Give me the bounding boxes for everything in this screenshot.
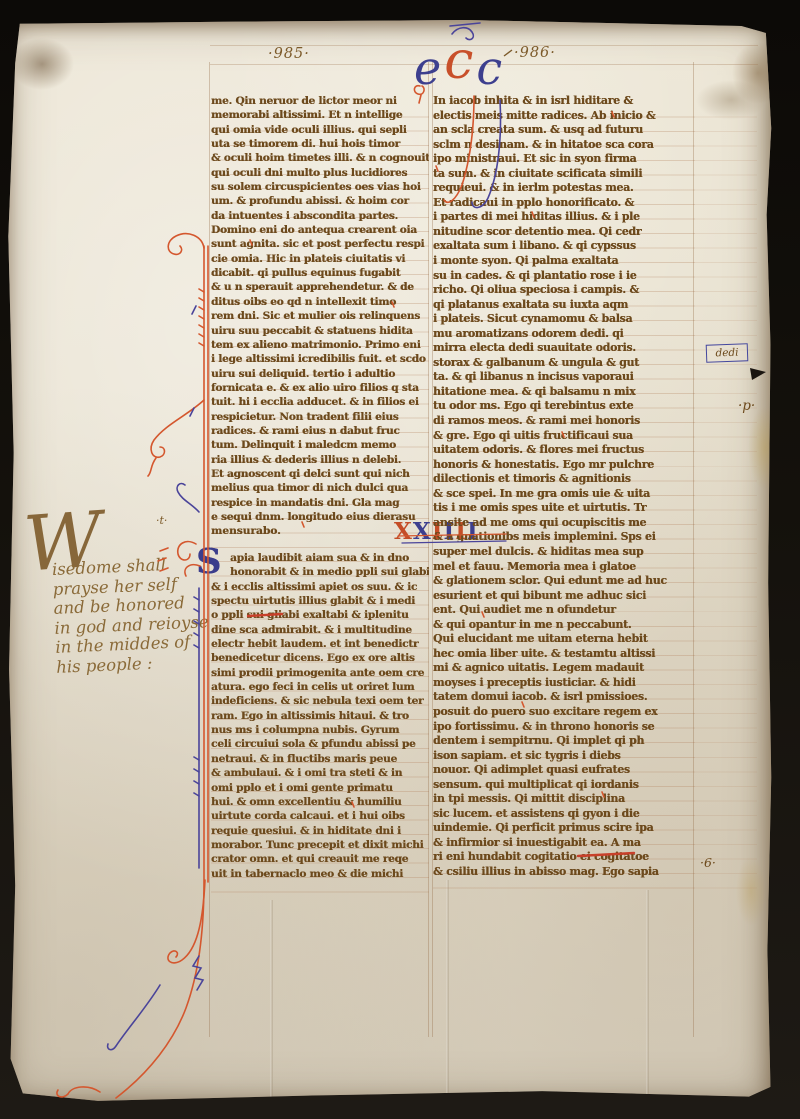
dedi-annotation: dedi [706,343,749,362]
text-line: honoris & honestatis. Ego mr pulchre [433,458,695,473]
text-line: & a gnationibs meis implemini. Sps ei [433,530,695,545]
text-line: crator omn. et qui creauit me reqe [211,852,429,866]
text-line: electr hebit laudem. et int benedictr [211,637,429,651]
text-line: ri eni hundabit cogitatio ei cogitatoe [433,850,695,865]
text-line: tuit. hi i ecclia adducet. & in filios e… [211,395,429,409]
text-line: ent. Qui audiet me n ofundetur [433,603,695,618]
text-line: sic lucem. et assistens qi gyon i die [433,807,695,822]
text-line: tis i me omis spes uite et uirtutis. Tr [433,501,695,516]
text-line: storax & galbanum & ungula & gut [433,356,695,371]
text-line: hitatione mea. & qi balsamu n mix [433,385,695,400]
text-line: & oculi hoim timetes illi. & n cognouit [211,151,429,165]
text-line: respicietur. Non tradent filii eius [211,410,429,424]
manuscript-photo: ·985· ecc ·986· me. Qin neruor de lictor… [0,0,800,1119]
text-line: & u n sperauit apprehendetur. & de [211,280,429,294]
text-line: richo. Qi oliua speciosa i campis. & [433,283,695,298]
crease [270,900,273,1100]
text-line: atura. ego feci in celis ut oriret lum [211,680,429,694]
text-line: netraui. & in fluctibs maris peue [211,752,429,766]
text-line: morabor. Tunc precepit et dixit michi [211,838,429,852]
text-line: & infirmior si inuestigabit ea. A ma [433,836,695,851]
colored-letter: X [413,518,432,545]
text-line: hec omia liber uite. & testamtu altissi [433,647,695,662]
page-number-left: ·985· [268,46,310,62]
text-line: uiru suu peccabit & statuens hidita [211,324,429,338]
text-line: uindemie. Qi perficit primus scire ipa [433,821,695,836]
text-line: spectu uirtutis illius glabit & i medi [211,594,429,608]
page-number-right: ·986· [514,45,556,61]
text-line: sensum. qui multiplicat qi iordanis [433,778,695,793]
stain [736,856,766,926]
text-line: i lege altissimi icredibilis fuit. et sc… [211,352,429,366]
text-line: omi pplo et i omi gente primatu [211,781,429,795]
text-line: melius qua timor di nich dulci qua [211,481,429,495]
text-line: nus ms i columpna nubis. Gyrum [211,723,429,737]
text-line: qui oculi dni multo plus lucidiores [211,166,429,180]
text-line: exaltata sum i libano. & qi cypssus [433,239,695,254]
text-line: fornicata e. & ex alio uiro filios q sta [211,381,429,395]
text-line: ipo ministraui. Et sic in syon firma [433,152,695,167]
crease [446,880,449,1100]
text-line: tum. Delinquit i maledcm memo [211,438,429,452]
text-line: ram. Ego in altissimis hitaui. & tro [211,709,429,723]
text-line: in tpi messis. Qi mittit disciplina [433,792,695,807]
text-line: an scla creata sum. & usq ad futuru [433,123,695,138]
text-line: ria illius & dederis illius n delebi. [211,453,429,467]
text-line: sclm n desinam. & in hitatoe sca cora [433,138,695,153]
text-line: celi circuiui sola & pfundu abissi pe [211,737,429,751]
text-line: esurient et qui bibunt me adhuc sici [433,589,695,604]
text-line: o ppli sui gliabi exaltabi & iplenitu [211,608,429,622]
text-line: tatem domui iacob. & isrl pmissioes. [433,690,695,705]
text-column-left-block1: me. Qin neruor de lictor meor nimemorabi… [211,94,429,524]
colored-letter: e [414,41,444,95]
text-line: di ramos meos. & rami mei honoris [433,414,695,429]
text-line: ansite ad me oms qui ocupiscitis me [433,516,695,531]
stain [10,38,74,90]
english-marginal-note: isedome shallprayse her selfand be honor… [52,552,237,677]
text-line: mel et fauu. Memoria mea i glatoe [433,560,695,575]
text-line: indeficiens. & sic nebula texi oem ter [211,694,429,708]
text-line: me. Qin neruor de lictor meor ni [211,94,429,108]
text-line: simi prodii primogenita ante oem cre [211,666,429,680]
text-line: Domino eni do antequa crearent oia [211,223,429,237]
text-line: Et agnoscent qi delci sunt qui nich [211,467,429,481]
stain [696,80,766,120]
text-line: rem dni. Sic et mulier ois relinquens [211,309,429,323]
text-line: da intuentes i abscondita partes. [211,209,429,223]
text-column-right: In iacob inhita & in isrl hiditare &elec… [433,94,695,880]
running-title-ecclesiasticus: ecc [414,26,505,103]
text-line: & sce spei. In me gra omis uie & uita [433,487,695,502]
text-line: super mel dulcis. & hiditas mea sup [433,545,695,560]
stain [732,42,784,104]
text-line: In iacob inhita & in isrl hiditare & [433,94,695,109]
text-line: memorabi altissimi. Et n intellige [211,108,429,122]
stain [748,406,782,490]
text-line: tu odor ms. Ego qi terebintus exte [433,399,695,414]
text-line: dine sca admirabit. & i multitudine [211,623,429,637]
text-line: moyses i preceptis iusticiar. & hidi [433,676,695,691]
text-line: su solem circuspicientes oes vias hoi [211,180,429,194]
text-line: ta. & qi libanus n incisus vaporaui [433,370,695,385]
p-annotation-mark: ·p· [738,398,755,414]
text-line: & i ecclis altissimi apiet os suu. & ic [211,580,429,594]
text-line: respice in mandatis dni. Gla mag [211,496,429,510]
t-annotation-mark: ·t· [156,514,167,527]
text-line: honorabit & in medio ppli sui glabi. [211,565,429,579]
text-line: posuit do puero suo excitare regem ex [433,705,695,720]
text-line: hui. & omn excellentiu & humiliu [211,795,429,809]
text-line: & gre. Ego qi uitis fructificaui sua [433,429,695,444]
text-line: qi platanus exaltata su iuxta aqm [433,298,695,313]
text-line: uit in tabernaclo meo & die michi [211,867,429,881]
text-line: requieui. & in ierlm potestas mea. [433,181,695,196]
text-line: radices. & rami eius n dabut fruc [211,424,429,438]
text-line: & glationem sclor. Qui edunt me ad huc [433,574,695,589]
text-line: cie omia. Hic in plateis ciuitatis vi [211,252,429,266]
text-line: i monte syon. Qi palma exaltata [433,254,695,269]
chapter-end-line: mensurabo. [211,524,281,538]
text-line: & qui opantur in me n peccabunt. [433,618,695,633]
text-line: Qui elucidant me uitam eterna hebit [433,632,695,647]
text-line: tem ex alieno matrimonio. Primo eni [211,338,429,352]
text-line: uirtute corda calcaui. et i hui oibs [211,809,429,823]
text-line: dilectionis et timoris & agnitionis [433,472,695,487]
text-line: i plateis. Sicut cynamomu & balsa [433,312,695,327]
text-line: i partes di mei hiditas illius. & i ple [433,210,695,225]
six-annotation-mark: ·6· [700,855,716,870]
text-line: su in cades. & qi plantatio rose i ie [433,269,695,284]
text-column-left-block2: apia laudibit aiam sua & in dnohonorabit… [211,551,429,881]
text-line: uitatem odoris. & flores mei fructus [433,443,695,458]
text-line: mu aromatizans odorem dedi. qi [433,327,695,342]
text-line: ipo fortissimu. & in throno honoris se [433,720,695,735]
text-line: um. & profundu abissi. & hoim cor [211,194,429,208]
text-line: nitudine scor detentio mea. Qi cedr [433,225,695,240]
text-line: uta se timorem di. hui hois timor [211,137,429,151]
text-line: ta sum. & in ciuitate scificata simili [433,167,695,182]
text-line: qui omia vide oculi illius. qui sepli [211,123,429,137]
text-line: nouor. Qi adimplet quasi eufrates [433,763,695,778]
colored-letter: c [476,41,505,95]
text-line: mirra electa dedi suauitate odoris. [433,341,695,356]
text-line: requie quesiui. & in hiditate dni i [211,824,429,838]
text-line: dentem i sempitrnu. Qi implet qi ph [433,734,695,749]
text-line: ditus oibs eo qd n intellexit timo [211,295,429,309]
crease [646,890,649,1100]
colored-letter: c [444,31,476,91]
text-line: & ambulaui. & i omi tra steti & in [211,766,429,780]
text-line: mi & agnico uitatis. Legem madauit [433,661,695,676]
text-line: electis meis mitte radices. Ab inicio & [433,109,695,124]
text-line: sunt agnita. sic et post perfectu respi [211,237,429,251]
text-line: benedicetur dicens. Ego ex ore altis [211,651,429,665]
colored-letter: X [394,518,413,545]
text-line: & csiliu illius in abisso mag. Ego sapia [433,865,695,880]
text-line: apia laudibit aiam sua & in dno [211,551,429,565]
text-line: ison sapiam. et sic tygris i diebs [433,749,695,764]
text-line: dicabit. qi pullus equinus fugabit [211,266,429,280]
text-line: Et radicaui in pplo honorificato. & [433,196,695,211]
text-line: uiru sui deliquid. tertio i adultio [211,367,429,381]
